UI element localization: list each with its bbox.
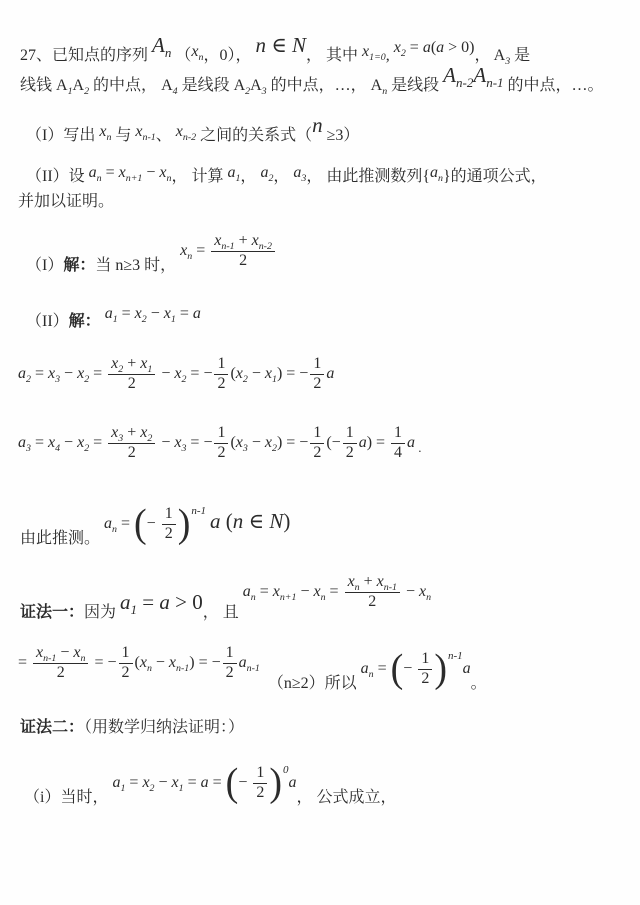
math-text: = [89, 434, 106, 451]
math-text: = [256, 583, 273, 600]
math-text: 2 [217, 444, 225, 461]
math-var: xn-2 [176, 123, 196, 140]
math-text: 。 [471, 675, 487, 692]
math-text: 解： [69, 313, 101, 330]
math-group: x2 = a(a > 0) [394, 37, 475, 59]
math-var: a [210, 509, 221, 533]
math-text: ∈ [243, 509, 269, 533]
math-var: x2 [174, 365, 186, 382]
math-text: 2 [421, 670, 429, 687]
math-text: − [56, 644, 73, 661]
math-var: A4 [161, 77, 178, 94]
math-text: 解： [63, 257, 95, 274]
math-var: x2 [111, 355, 123, 372]
math-text: > 0 [170, 590, 203, 614]
math-text: 2 [57, 664, 65, 681]
math-var: xn [419, 583, 431, 600]
fraction: 12 [212, 356, 230, 393]
math-text: 2 [313, 375, 321, 392]
fraction: 12 [251, 765, 269, 802]
math-group: an = (− 12)n-1a [361, 651, 471, 688]
math-text: − [296, 583, 313, 600]
math-text: 2 [256, 784, 264, 801]
math-text: 2 [239, 252, 247, 269]
math-text: ≥3） [323, 127, 360, 144]
math-text: ， [273, 168, 293, 185]
close-paren: ) [269, 766, 282, 800]
math-text: − [147, 305, 164, 322]
part2-solution-a3: a3 = x4 − x2 = x3 + x22 − x3 = −12(x3 − … [18, 425, 422, 462]
math-text: 1 [217, 424, 225, 441]
math-text: 因为 [84, 604, 120, 621]
math-text: = [192, 242, 209, 259]
math-text: ， 由此推测数列{ [306, 168, 430, 185]
math-group: a (n ∈ N) [210, 507, 290, 535]
math-var: An [152, 33, 171, 57]
math-var: a1 [112, 774, 125, 791]
math-text: = − [90, 654, 116, 671]
math-text: − [248, 434, 265, 451]
fraction: xn-1 + xn-22 [209, 233, 277, 270]
conjecture: 由此推测。 an = (− 12)n-1 a (n ∈ N) [20, 521, 290, 558]
close-paren: ) [434, 652, 447, 686]
math-var: x1 [265, 365, 277, 382]
open-paren: ( [226, 766, 239, 800]
math-var: x3 [111, 424, 123, 441]
fraction: x2 + x12 [106, 356, 157, 393]
math-text: 1 [226, 644, 234, 661]
math-var: n [233, 509, 244, 533]
close-paren: ) [178, 507, 191, 541]
math-var: a [289, 774, 297, 791]
math-var: a [326, 365, 334, 382]
fraction: xn + xn-12 [343, 574, 402, 611]
math-var: x2 [77, 434, 89, 451]
math-text: （i）当时， [24, 789, 112, 806]
exponent: 0 [283, 763, 289, 778]
math-var: x4 [48, 434, 60, 451]
math-text: ) = − [189, 654, 220, 671]
math-text: 的中点， [89, 77, 161, 94]
part1-solution: （I）解：当 n≥3 时， xn = xn-1 + xn-22 [26, 248, 277, 285]
math-group: an = xn+1 − xn [89, 162, 172, 184]
fraction: 12 [308, 356, 326, 393]
math-var: n [255, 33, 266, 57]
math-text: − [155, 774, 172, 791]
math-text: = [102, 164, 119, 181]
math-var: a [159, 590, 170, 614]
math-var: an [104, 515, 117, 532]
math-var: A3 [250, 77, 267, 94]
math-text: 2 [313, 444, 321, 461]
math-text: 1 [217, 355, 225, 372]
math-var: xn-1 [377, 573, 397, 590]
math-text: = − [186, 434, 212, 451]
math-text: 1 [346, 424, 354, 441]
math-text: 1 [122, 644, 130, 661]
math-text: 并加以证明。 [18, 193, 114, 210]
math-text: （II） [26, 313, 69, 330]
math-text: ) [283, 509, 290, 533]
math-text: = [117, 515, 134, 532]
math-text: 4 [394, 444, 402, 461]
math-text: ， 其中 [306, 47, 362, 64]
math-var: a [423, 39, 431, 56]
math-text: 1 [421, 650, 429, 667]
math-text: + [123, 355, 140, 372]
part2-solution-a2: a2 = x3 − x2 = x2 + x12 − x2 = −12(x2 − … [18, 356, 334, 393]
math-group: = xn-1 − xn2 = −12(xn − xn-1) = −12an-1 [18, 645, 260, 682]
paren-group: (− 12)n-1 [134, 506, 206, 543]
math-var: A1 [56, 77, 73, 94]
problem-statement-line-2: 线钱 A1A2 的中点， A4 是线段 A2A3 的中点，…， An 是线段 A… [20, 69, 604, 97]
math-var: xn [73, 644, 85, 661]
math-text: + [123, 424, 140, 441]
fraction: 12 [160, 506, 178, 543]
math-text: − [147, 515, 160, 532]
math-var: xn [140, 654, 152, 671]
math-text: 2 [165, 525, 173, 542]
math-text: = [125, 774, 142, 791]
math-text: . [415, 440, 422, 455]
math-text: 1 [394, 424, 402, 441]
math-text: （II）设 [26, 168, 89, 185]
math-text: = [31, 434, 48, 451]
math-var: a [436, 39, 444, 56]
math-var: A2 [234, 77, 251, 94]
math-var: a3 [293, 164, 306, 181]
paren-group: (− 12)n-1 [391, 651, 463, 688]
math-text: 27、已知点的序列 [20, 47, 152, 64]
math-text: （ [171, 47, 191, 64]
math-text: − [60, 365, 77, 382]
fraction: 14 [389, 425, 407, 462]
math-var: x1 [140, 355, 152, 372]
math-var: an [430, 164, 443, 181]
math-text: 1 [256, 764, 264, 781]
math-text: ， 计算 [171, 168, 227, 185]
math-text: − [403, 660, 416, 677]
math-text: = [374, 660, 391, 677]
math-text: = [18, 654, 31, 671]
math-var: xn+1 [273, 583, 297, 600]
fraction: 12 [117, 645, 135, 682]
math-var: An-1 [473, 63, 503, 87]
math-text: − [152, 654, 169, 671]
math-var: x3 [48, 365, 60, 382]
math-text: （n≥2）所以 [260, 675, 361, 692]
math-var: a2 [260, 164, 273, 181]
math-var: xn [180, 242, 192, 259]
math-group: an = xn+1 − xn = xn + xn-12 − xn [243, 574, 431, 611]
math-text: （用数学归纳法证明：） [84, 719, 244, 736]
math-text: , [386, 47, 394, 64]
math-var: an [361, 660, 374, 677]
math-var: a3 [18, 434, 31, 451]
math-text: = [406, 39, 423, 56]
math-text: − [157, 434, 174, 451]
fraction: x3 + x22 [106, 425, 157, 462]
math-text: − [157, 365, 174, 382]
math-var: a [193, 305, 201, 322]
math-var: x2 [77, 365, 89, 382]
math-text: 之间的关系式（ [196, 127, 312, 144]
math-var: xn [159, 164, 171, 181]
math-text: > 0) [444, 39, 474, 56]
math-var: xn-1 [214, 232, 234, 249]
math-var: xn [313, 583, 325, 600]
math-var: xn+1 [119, 164, 143, 181]
math-text: + [360, 573, 377, 590]
math-text: 2 [128, 375, 136, 392]
math-text: ) = − [277, 365, 308, 382]
math-text: 与 [111, 127, 135, 144]
open-paren: ( [391, 652, 404, 686]
math-var: xn-1 [36, 644, 56, 661]
math-var: N [292, 33, 306, 57]
math-var: x2 [140, 424, 152, 441]
math-var: x1=0 [362, 43, 386, 60]
math-var: An [371, 77, 388, 94]
math-text: = [31, 365, 48, 382]
math-text: − [402, 583, 419, 600]
proof1-line-1: 证法一：因为 a1 = a > 0， 且 an = xn+1 − xn = xn… [20, 595, 431, 632]
exponent: n-1 [448, 649, 463, 664]
math-var: a1 [227, 164, 240, 181]
math-text: 是线段 [178, 77, 234, 94]
math-group: n ∈ N [255, 31, 306, 59]
math-text: （I） [26, 257, 63, 274]
math-text: 2 [368, 593, 376, 610]
math-text: 2 [122, 664, 130, 681]
math-text: = [209, 774, 226, 791]
part2-solution-a1: （II）解： a1 = x2 − x1 = a [26, 311, 201, 333]
math-var: xn-1 [169, 654, 189, 671]
math-text: = − [186, 365, 212, 382]
math-text: 2 [128, 444, 136, 461]
math-var: A2 [73, 77, 90, 94]
math-text: = [176, 305, 193, 322]
math-var: an [243, 583, 256, 600]
fraction: 12 [416, 651, 434, 688]
math-text: 1 [313, 424, 321, 441]
fraction: xn-1 − xn2 [31, 645, 90, 682]
proof1-line-2: = xn-1 − xn2 = −12(xn − xn-1) = −12an-1 … [18, 666, 487, 703]
math-text: 的中点，…， [267, 77, 371, 94]
math-var: a1 [120, 590, 137, 614]
math-text: }的通项公式， [443, 168, 547, 185]
math-text: ， 且 [203, 604, 243, 621]
math-var: x3 [236, 434, 248, 451]
math-text: − [248, 365, 265, 382]
math-var: x3 [174, 434, 186, 451]
part2-question-line-1: （II）设 an = xn+1 − xn， 计算 a1， a2， a3， 由此推… [26, 166, 547, 188]
math-var: An-2 [443, 63, 473, 87]
math-group: a1 = x2 − x1 = a [105, 303, 201, 325]
math-var: x2 [135, 305, 147, 322]
math-text: 、 [156, 127, 176, 144]
math-text: = [89, 365, 106, 382]
math-var: xn-2 [252, 232, 272, 249]
proof2-header: 证法二：（用数学归纳法证明：） [20, 717, 244, 739]
math-var: x2 [236, 365, 248, 382]
math-text: = [326, 583, 343, 600]
math-text: ) = − [277, 434, 308, 451]
math-var: a1 [105, 305, 118, 322]
math-text: ( [221, 509, 233, 533]
part2-question-line-2: 并加以证明。 [18, 191, 114, 213]
math-var: an [89, 164, 102, 181]
math-group: xn = xn-1 + xn-22 [180, 233, 277, 270]
math-text: − [238, 774, 251, 791]
fraction: 12 [308, 425, 326, 462]
math-var: x2 [394, 39, 406, 56]
math-text: ，0）， [203, 47, 255, 64]
exponent: n-1 [191, 504, 206, 519]
math-text: 1 [165, 505, 173, 522]
math-text: （I）写出 [26, 127, 99, 144]
math-text: = [184, 774, 201, 791]
math-text: ， 公式成立， [297, 789, 397, 806]
math-var: xn [348, 573, 360, 590]
math-var: x2 [265, 434, 277, 451]
math-text: 证法一： [20, 604, 84, 621]
math-var: a [407, 434, 415, 451]
math-var: a2 [18, 365, 31, 382]
math-var: x2 [142, 774, 154, 791]
math-group: an = (− 12)n-1 a (n ∈ N) [104, 506, 290, 543]
part1-question: （I）写出 xn 与 xn-1、 xn-2 之间的关系式（n ≥3） [26, 119, 359, 147]
math-text: 由此推测。 [20, 530, 104, 547]
induction-base-case: （i）当时， a1 = x2 − x1 = a = (− 12)0a， 公式成立… [24, 780, 397, 817]
open-paren: ( [134, 507, 147, 541]
math-var: an-1 [239, 654, 260, 671]
math-text: 1 [313, 355, 321, 372]
math-var: xn [99, 123, 111, 140]
math-text: + [235, 232, 252, 249]
math-text: 的中点，…。 [504, 77, 604, 94]
paren-group: (− 12)0 [226, 765, 289, 802]
fraction: 12 [221, 645, 239, 682]
math-text: ∈ [266, 33, 292, 57]
math-text: 证法二： [20, 719, 84, 736]
math-var: N [269, 509, 283, 533]
math-text: 2 [346, 444, 354, 461]
document-page: 27、已知点的序列 An （xn，0）， n ∈ N， 其中 x1=0, x2 … [0, 0, 640, 905]
math-text: = [118, 305, 135, 322]
math-text: − [142, 164, 159, 181]
math-var: n [312, 113, 323, 137]
math-text: 2 [217, 375, 225, 392]
math-text: 2 [226, 664, 234, 681]
math-group: a1 = a > 0 [120, 588, 203, 616]
math-var: a [463, 660, 471, 677]
math-var: a [359, 434, 367, 451]
math-group: An-2An-1 [443, 61, 503, 89]
fraction: 12 [212, 425, 230, 462]
math-group: a1 = x2 − x1 = a = (− 12)0a [112, 765, 296, 802]
math-text: − [60, 434, 77, 451]
math-var: x1 [164, 305, 176, 322]
math-text: (− [326, 434, 340, 451]
math-text: 当 n≥3 时， [95, 257, 180, 274]
math-text: = [137, 590, 159, 614]
math-var: a [201, 774, 209, 791]
math-var: xn [191, 43, 203, 60]
math-text: ) = [367, 434, 389, 451]
math-text: 是线段 [387, 77, 443, 94]
math-text: 是 [510, 47, 530, 64]
fraction: 12 [341, 425, 359, 462]
math-var: x1 [172, 774, 184, 791]
math-text: ， [240, 168, 260, 185]
math-text: 线钱 [20, 77, 56, 94]
math-var: xn-1 [135, 123, 155, 140]
